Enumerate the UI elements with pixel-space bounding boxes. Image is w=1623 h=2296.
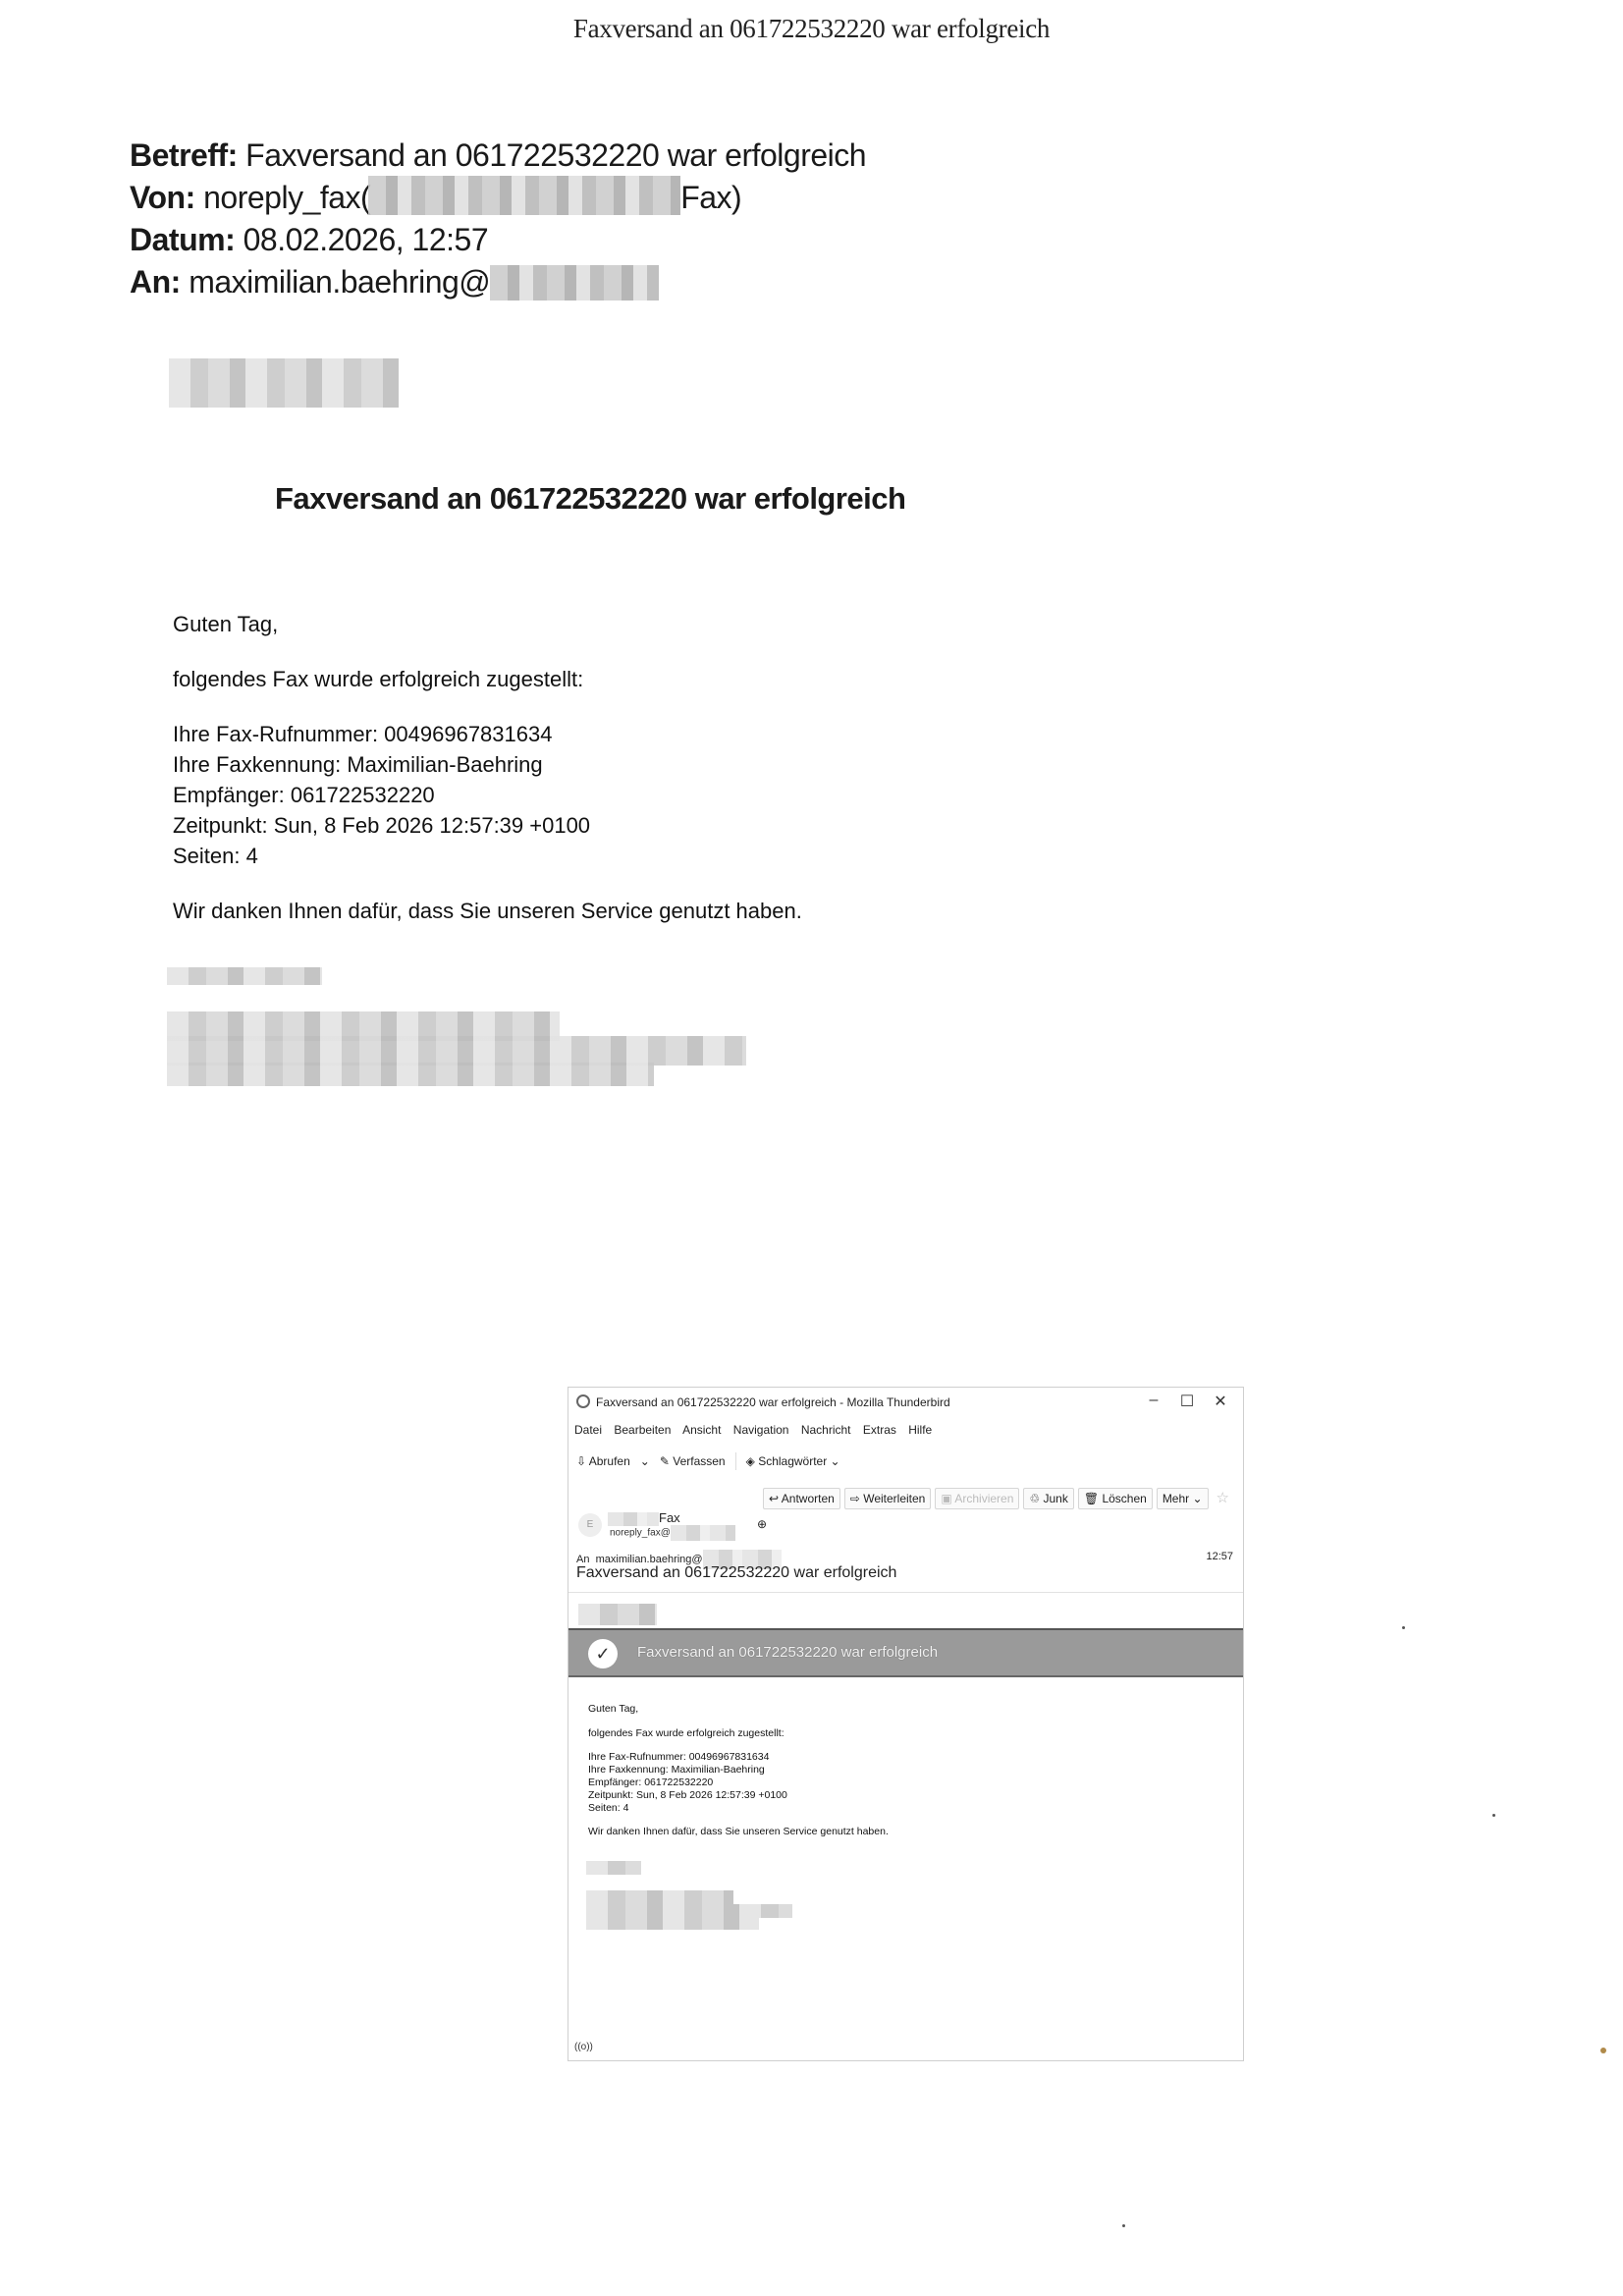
menu-ansicht[interactable]: Ansicht xyxy=(682,1423,721,1437)
closing: Wir danken Ihnen dafür, dass Sie unseren… xyxy=(173,896,802,926)
add-contact-icon[interactable]: ⊕ xyxy=(757,1517,767,1531)
tags-button[interactable]: ◈ Schlagwörter ⌄ xyxy=(746,1454,840,1468)
tb-closing: Wir danken Ihnen dafür, dass Sie unseren… xyxy=(588,1825,889,1839)
from-value-prefix: noreply_fax( xyxy=(203,180,370,215)
scan-speck xyxy=(1492,1814,1495,1817)
sender-email: noreply_fax@ xyxy=(610,1525,735,1541)
detail-fax-number: Ihre Fax-Rufnummer: 00496967831634 xyxy=(173,719,552,749)
menu-extras[interactable]: Extras xyxy=(863,1423,896,1437)
from-value-suffix: Fax) xyxy=(680,180,741,215)
to-line: An: maximilian.baehring@ xyxy=(130,264,659,301)
tb-greeting: Guten Tag, xyxy=(588,1702,638,1717)
compose-button[interactable]: ✎ Verfassen xyxy=(660,1454,726,1468)
to-label: An: xyxy=(130,264,181,300)
tb-redacted-signature-line1 xyxy=(586,1890,733,1904)
toolbar-separator xyxy=(735,1452,736,1470)
message-subject: Faxversand an 061722532220 war erfolgrei… xyxy=(576,1564,896,1582)
tag-icon: ◈ xyxy=(746,1454,755,1468)
star-icon[interactable]: ☆ xyxy=(1213,1488,1233,1509)
reply-label: Antworten xyxy=(782,1492,835,1505)
get-mail-dropdown[interactable]: ⌄ xyxy=(640,1454,650,1468)
archive-button[interactable]: ▣ Archivieren xyxy=(935,1488,1019,1509)
sender-name-suffix: Fax xyxy=(659,1510,680,1525)
page-title: Faxversand an 061722532220 war erfolgrei… xyxy=(0,14,1623,44)
more-label: Mehr xyxy=(1163,1492,1189,1505)
tb-detail-fax-number: Ihre Fax-Rufnummer: 00496967831634 xyxy=(588,1751,769,1764)
tb-redacted-signature-line2 xyxy=(586,1904,792,1918)
junk-label: Junk xyxy=(1044,1492,1068,1505)
detail-recipient: Empfänger: 061722532220 xyxy=(173,780,435,810)
redacted-logo-small xyxy=(578,1604,657,1625)
greeting: Guten Tag, xyxy=(173,609,278,639)
tb-detail-fax-id: Ihre Faxkennung: Maximilian-Baehring xyxy=(588,1764,765,1777)
tb-detail-pages: Seiten: 4 xyxy=(588,1802,628,1815)
more-button[interactable]: Mehr ⌄ xyxy=(1157,1488,1209,1509)
redacted-logo xyxy=(169,358,399,408)
from-line: Von: noreply_fax(Fax) xyxy=(130,180,741,216)
menu-bar: Datei Bearbeiten Ansicht Navigation Nach… xyxy=(574,1423,941,1437)
get-mail-button[interactable]: ⇩ Abrufen xyxy=(576,1454,630,1468)
menu-hilfe[interactable]: Hilfe xyxy=(908,1423,932,1437)
title-bar: Faxversand an 061722532220 war erfolgrei… xyxy=(568,1388,1243,1417)
forward-button[interactable]: ⇨ Weiterleiten xyxy=(844,1488,932,1509)
scan-speck xyxy=(1402,1626,1405,1629)
redacted-signature-name xyxy=(167,967,322,985)
redacted-domain xyxy=(490,265,659,301)
menu-datei[interactable]: Datei xyxy=(574,1423,602,1437)
trash-icon: 🗑 xyxy=(1084,1492,1099,1505)
delete-label: Löschen xyxy=(1102,1492,1146,1505)
scan-speck xyxy=(1600,2048,1606,2053)
tb-redacted-signature-name xyxy=(586,1861,641,1875)
connection-status-icon: ((o)) xyxy=(574,2042,593,2052)
detail-fax-id: Ihre Faxkennung: Maximilian-Baehring xyxy=(173,749,543,780)
subject-label: Betreff: xyxy=(130,137,238,173)
redacted-signature-line2 xyxy=(167,1036,746,1066)
download-icon: ⇩ xyxy=(576,1454,586,1468)
pencil-icon: ✎ xyxy=(660,1454,670,1468)
reply-button[interactable]: ↩ Antworten xyxy=(763,1488,840,1509)
delete-button[interactable]: 🗑 Löschen xyxy=(1078,1488,1153,1509)
success-banner: ✓ Faxversand an 061722532220 war erfolgr… xyxy=(568,1628,1243,1677)
reply-icon: ↩ xyxy=(769,1492,779,1505)
tb-redacted-signature-line3 xyxy=(586,1918,759,1930)
date-label: Datum: xyxy=(130,222,235,257)
tb-detail-timestamp: Zeitpunkt: Sun, 8 Feb 2026 12:57:39 +010… xyxy=(588,1789,787,1802)
message-actions: ↩ Antworten ⇨ Weiterleiten ▣ Archivieren… xyxy=(763,1488,1233,1509)
redacted-signature-line3 xyxy=(167,1063,654,1086)
date-value: 08.02.2026, 12:57 xyxy=(243,222,489,257)
from-label: Von: xyxy=(130,180,195,215)
tb-intro: folgendes Fax wurde erfolgreich zugestel… xyxy=(588,1726,784,1741)
menu-nachricht[interactable]: Nachricht xyxy=(801,1423,851,1437)
subject-value: Faxversand an 061722532220 war erfolgrei… xyxy=(245,137,866,173)
header-divider xyxy=(568,1592,1243,1593)
sender-email-prefix: noreply_fax@ xyxy=(610,1528,671,1539)
close-button[interactable]: ✕ xyxy=(1208,1392,1233,1411)
detail-timestamp: Zeitpunkt: Sun, 8 Feb 2026 12:57:39 +010… xyxy=(173,810,590,841)
junk-icon: ♲ xyxy=(1029,1492,1040,1505)
thunderbird-logo-icon xyxy=(576,1394,590,1408)
detail-pages: Seiten: 4 xyxy=(173,841,258,871)
intro: folgendes Fax wurde erfolgreich zugestel… xyxy=(173,664,583,694)
maximize-button[interactable]: ☐ xyxy=(1174,1392,1200,1411)
tb-detail-recipient: Empfänger: 061722532220 xyxy=(588,1777,713,1789)
archive-label: Archivieren xyxy=(954,1492,1013,1505)
sender-avatar: E xyxy=(578,1513,602,1537)
redacted-sender-name xyxy=(608,1512,659,1526)
email-heading: Faxversand an 061722532220 war erfolgrei… xyxy=(275,481,905,517)
scan-speck xyxy=(1122,2224,1125,2227)
archive-icon: ▣ xyxy=(941,1492,951,1505)
get-mail-label: Abrufen xyxy=(589,1454,630,1468)
date-line: Datum: 08.02.2026, 12:57 xyxy=(130,222,488,258)
menu-navigation[interactable]: Navigation xyxy=(733,1423,789,1437)
compose-label: Verfassen xyxy=(673,1454,725,1468)
redacted-sender-domain xyxy=(671,1525,735,1541)
forward-icon: ⇨ xyxy=(850,1492,860,1505)
banner-text: Faxversand an 061722532220 war erfolgrei… xyxy=(637,1644,938,1661)
message-time: 12:57 xyxy=(1206,1551,1233,1562)
menu-bearbeiten[interactable]: Bearbeiten xyxy=(614,1423,671,1437)
minimize-button[interactable]: – xyxy=(1141,1392,1166,1409)
checkmark-icon: ✓ xyxy=(588,1639,618,1668)
tags-label: Schlagwörter xyxy=(758,1454,827,1468)
forward-label: Weiterleiten xyxy=(863,1492,925,1505)
subject-line: Betreff: Faxversand an 061722532220 war … xyxy=(130,137,866,174)
to-value-prefix: maximilian.baehring@ xyxy=(189,264,490,300)
main-toolbar: ⇩ Abrufen ⌄ ✎ Verfassen ◈ Schlagwörter ⌄ xyxy=(576,1452,840,1470)
window-title: Faxversand an 061722532220 war erfolgrei… xyxy=(596,1395,950,1409)
junk-button[interactable]: ♲ Junk xyxy=(1023,1488,1073,1509)
sender-name: Fax xyxy=(608,1510,680,1526)
thunderbird-window: Faxversand an 061722532220 war erfolgrei… xyxy=(568,1387,1244,2061)
redacted-sender xyxy=(368,176,680,215)
